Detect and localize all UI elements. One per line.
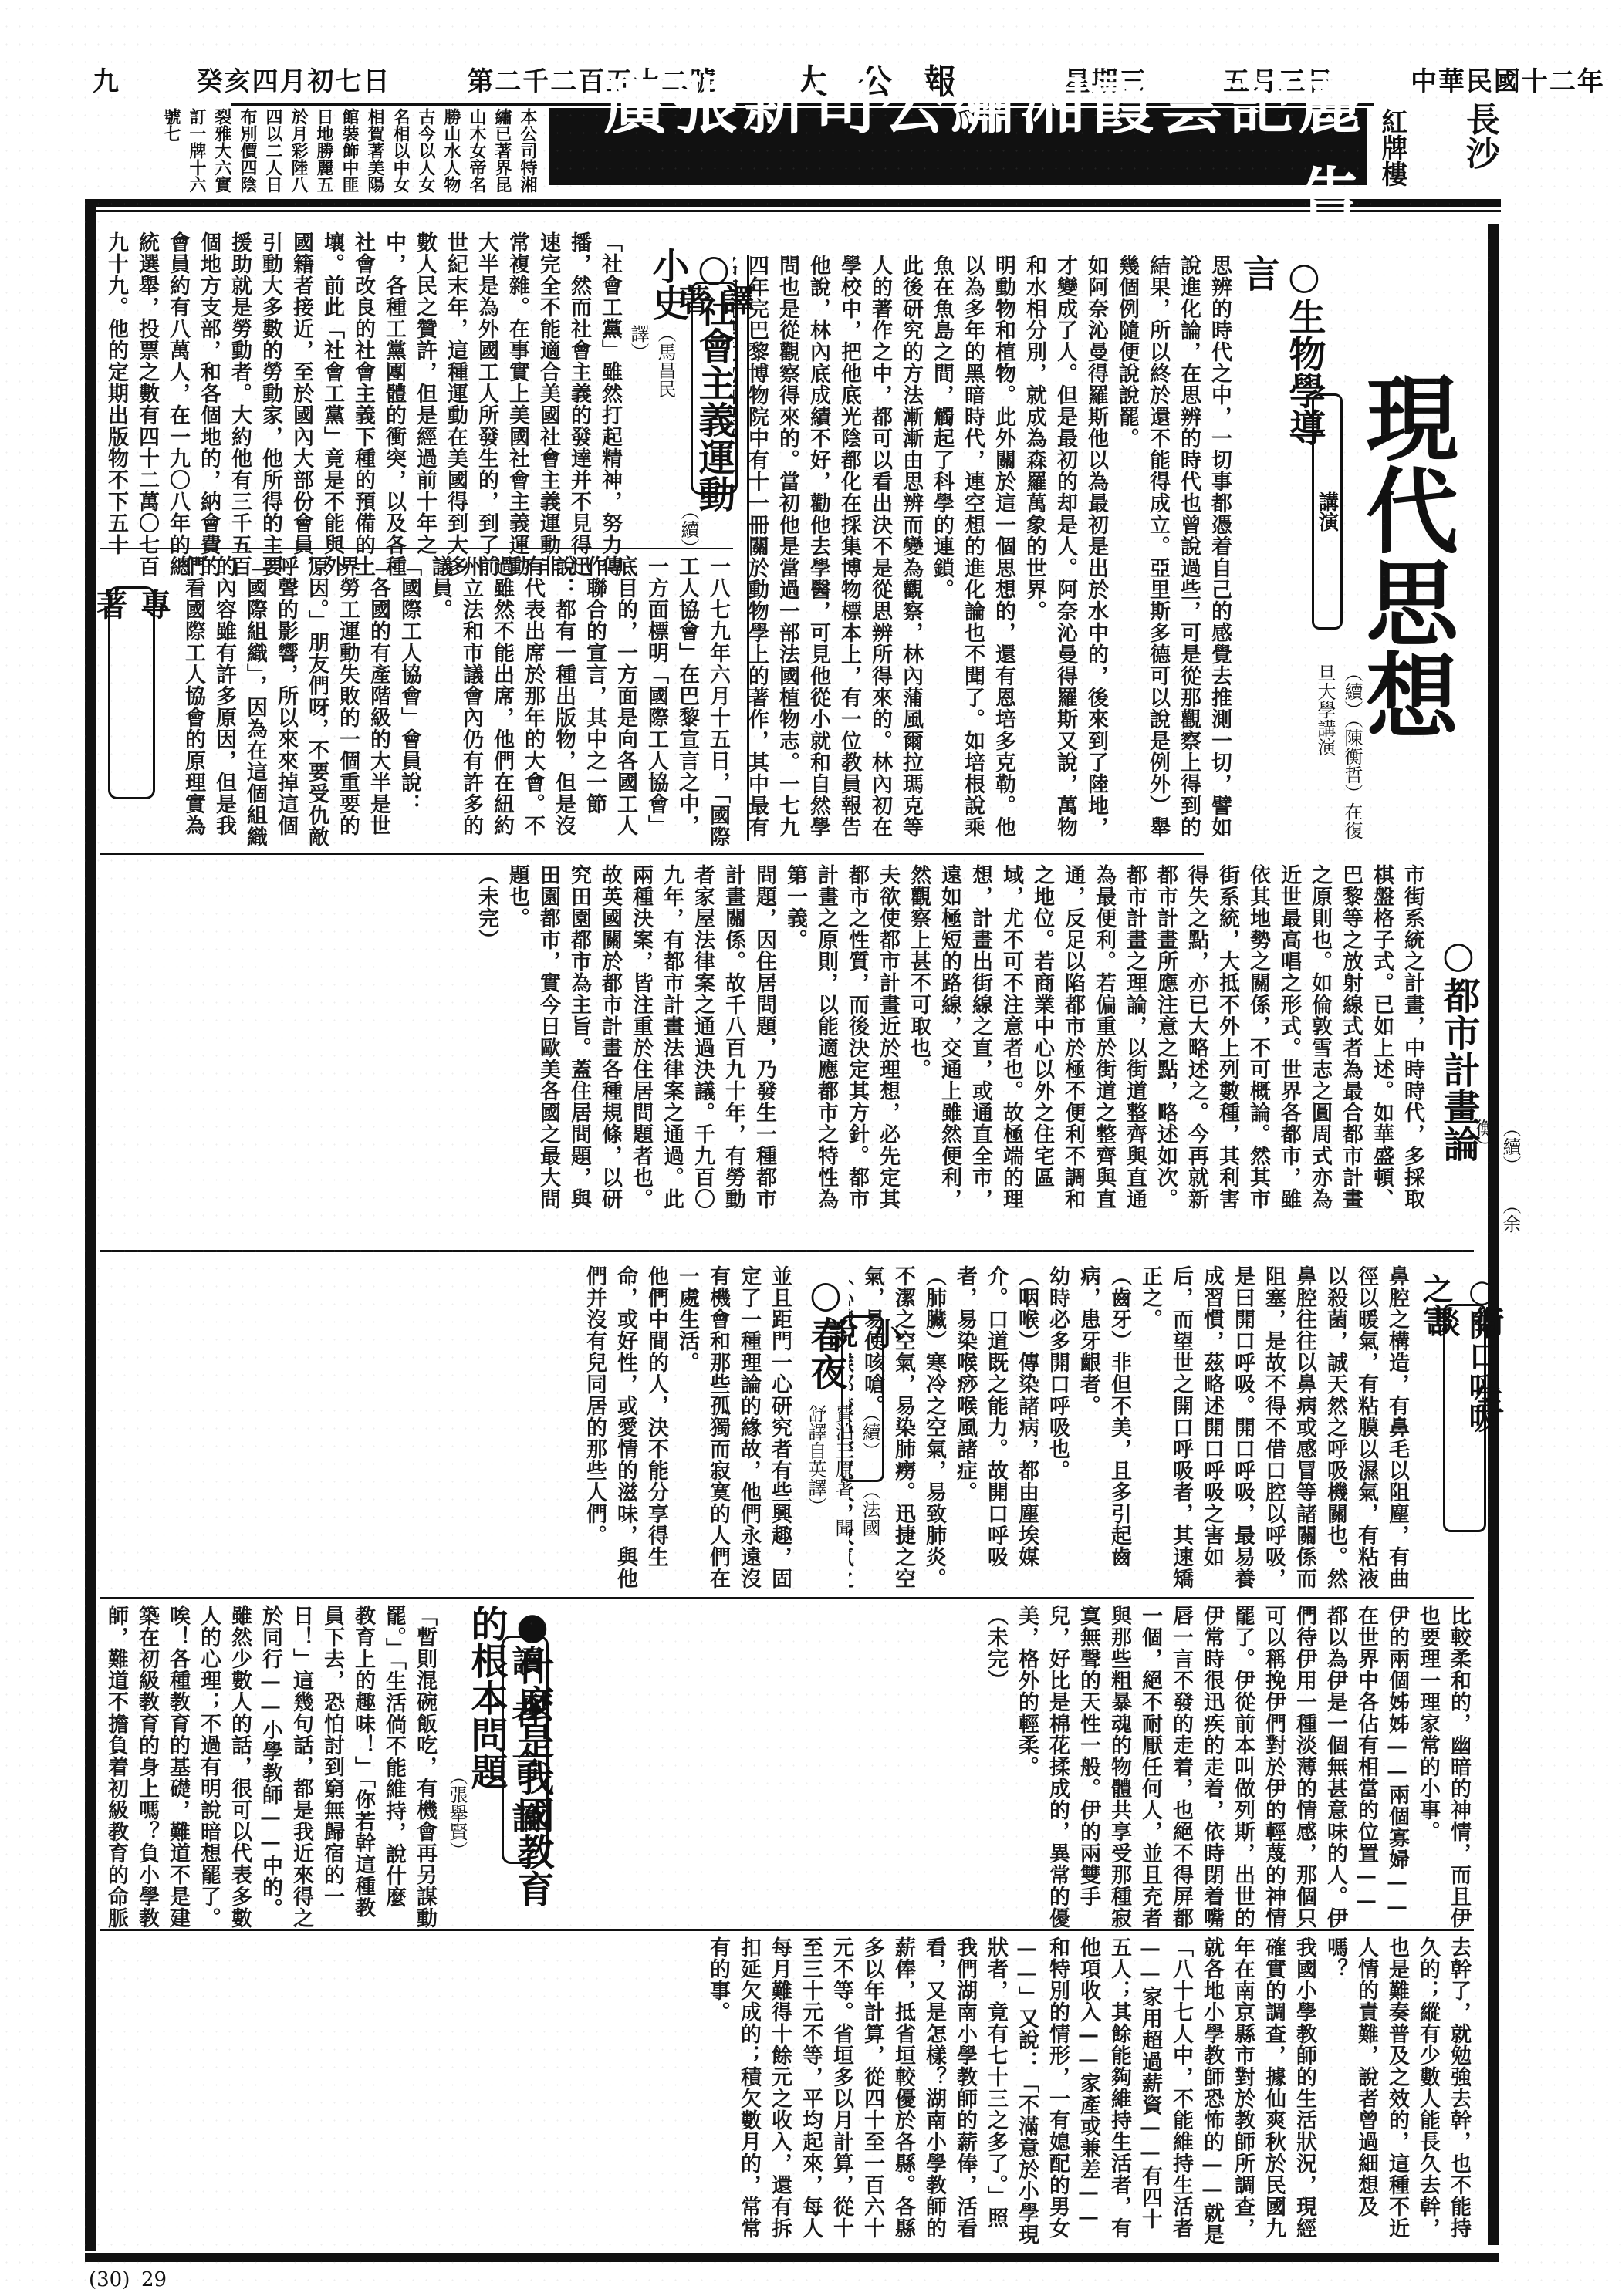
- article-byline-education: （張舉賢）: [444, 1767, 471, 1852]
- page-frame-bottom: [85, 2253, 1499, 2262]
- continued-mark: （續）: [859, 1404, 880, 1460]
- paragraph: 他們中間的人，決不能分享得生命，或好性，或愛情的滋味，與他們并沒有兒同居的那些人…: [579, 1265, 671, 1605]
- circle-bullet-icon: ○: [1437, 934, 1480, 977]
- paragraph: 思辨的時代之中，一切事都憑着自己的感覺去推測一切，譬如說進化論，在思辨的時代也曾…: [1111, 255, 1235, 849]
- paragraph: 如阿奈沁曼得羅斯他以為最初是出於水中的，後來到了陸地，才變成了人。但是最初的却是…: [1019, 255, 1111, 849]
- paragraph: 市街系統之計畫，中時時代，多採取棋盤格子式。已如上述。如華盛頓、巴黎等之放射線式…: [1150, 864, 1428, 1227]
- paragraph: 明動物和植物。此外關於這一個思想的，還有恩培多克勒。他以為多年的黑暗時代，連空想…: [926, 255, 1019, 849]
- page-frame-left: [85, 199, 96, 2251]
- paragraph: 伊的兩個姊姊——兩個寡婦——在世界中各佔有相當的位置——都以為伊是一個無甚意味的…: [1235, 1605, 1412, 1929]
- banner-ad-title: 麗記雲霞湘繡公司新張廣告: [549, 108, 1367, 185]
- article-title-spring-night: ○春夜: [803, 1273, 849, 1396]
- continued-mark: （續）: [1499, 1119, 1521, 1174]
- circle-bullet-icon: ○: [1464, 1273, 1500, 1309]
- row-divider-2: [100, 1250, 1474, 1252]
- article-byline-socialism: （馬昌民譯）: [625, 324, 679, 417]
- paragraph: 問題，因住居問題，乃發生一種都市計畫關係。故千八百九十年，有勞動者家屋法律案之通…: [502, 864, 779, 1227]
- article-title-spring-night-text: 春夜: [804, 1316, 847, 1390]
- circle-bullet-icon: ○: [804, 1273, 847, 1316]
- book-section-box: 專著: [108, 586, 155, 799]
- paragraph: 比較柔和的，幽暗的神情，而且伊也要理一理家常的小事。: [1412, 1605, 1474, 1929]
- page-number-right: 29: [141, 2268, 167, 2291]
- paragraph: 一八七九年六月十五日，「國際工人協會」在巴黎宣言之中，一方面標明「國際工人協會」…: [424, 555, 733, 849]
- horizontal-divider: [100, 548, 733, 549]
- article-body-spring-night-continued: 比較柔和的，幽暗的神情，而且伊也要理一理家常的小事。 伊的兩個姊姊——兩個寡婦—…: [1235, 1605, 1474, 1929]
- byline-text: （馬昌民譯）: [627, 324, 676, 398]
- article-body-socialism-bottom: 一八七九年六月十五日，「國際工人協會」在巴黎宣言之中，一方面標明「國際工人協會」…: [177, 555, 733, 849]
- paragraph: 「國際工人協會」會員說：「各國的有產階級的大半是世界勞工運動失敗的一個重要的原因…: [177, 555, 424, 849]
- article-body-education-bottom: 去幹了，就勉強去幹，也不能持久的；縱有少數人能長久去幹，也是難奏普及之效的，這種…: [100, 1936, 1474, 2245]
- book-section-box-label: 專著: [88, 589, 176, 797]
- paragraph: 都市計畫之理論，以街道整齊與直通為最便利。若偏重於街道之整齊與直通，反足以陷都市…: [903, 864, 1150, 1227]
- article-body-hygiene: 鼻腔之構造，有鼻毛以阻塵，有曲徑以暖氣，有粘膜以濕氣，有粘液以殺菌，誠天然之呼吸…: [849, 1265, 1412, 1605]
- masthead-date-roc: 中華民國十二年: [1411, 60, 1605, 98]
- paragraph: 去幹了，就勉強去幹，也不能持久的；縱有少數人能長久去幹，也是難奏普及之效的，這種…: [1320, 1936, 1474, 2245]
- page-number-left: (30): [89, 2268, 130, 2291]
- article-body-education-top: 「暫則混碗飯吃，有機會再另謀動罷。」「生活倘不能維持，說什麼教育上的趣味！」「你…: [100, 1605, 440, 1929]
- masthead-page: 九: [93, 60, 120, 98]
- paragraph: 伊常時很迅疾的走着，依時閉着嘴唇一言不發的走着，也絕不得屏都一個，絕不耐厭任何人…: [1011, 1605, 1227, 1929]
- article-title-hygiene: ○開口呼吸之害: [1412, 1273, 1505, 1450]
- paragraph: 夫欲使都市計畫近於理想，必先定其都市之性質，而後決定其方針。都市計畫之原則，以能…: [779, 864, 903, 1227]
- article-title-biology: ○生物學導言: [1235, 255, 1327, 471]
- row-divider-4: [100, 1929, 1474, 1931]
- byline-text: （張舉賢）: [446, 1767, 468, 1859]
- page-number-left-text: (30): [89, 2268, 130, 2291]
- section-title-modern-thought-text: 現代思想: [1350, 370, 1459, 741]
- end-mark: （未完）: [984, 1605, 1008, 1691]
- ad-details-text: 本公司特湘繡已著界昆山木女帝名勝山水人物古今以人女名相以中女相賀著美陽館裝飾中匪…: [161, 108, 538, 193]
- article-body-city-planning: 市街系統之計畫，中時時代，多採取棋盤格子式。已如上述。如華盛頓、巴黎等之放射線式…: [100, 864, 1428, 1227]
- banner-ad-title-text: 麗記雲霞湘繡公司新張廣告: [549, 53, 1367, 240]
- row-divider-3: [100, 1597, 1474, 1599]
- end-mark: （未完）: [475, 864, 498, 950]
- paragraph: 我國小學教師的生活狀況，現經確實的調查，據仙爽秋於民國九年在南京縣市對於教師所調…: [702, 1936, 1320, 2245]
- banner-ad-city-text: 長沙: [1460, 102, 1499, 170]
- paragraph: 幼時必多開口呼吸也。: [1042, 1265, 1073, 1605]
- lecture-box-label: 講演: [1313, 491, 1342, 532]
- article-body-socialism-top: 「社會工黨」雖然打起精神，努力傳播，然而社會主義的發達并不見得迅速完全不能適合美…: [100, 231, 625, 579]
- paragraph: 並且距門一心研究者有些興趣，固定了一種理論的緣故，他們永遠沒有機會和那些孤獨而寂…: [671, 1265, 795, 1605]
- banner-ad-side-label-text: 紅牌樓: [1377, 108, 1407, 187]
- paragraph: （咽喉）傳染諸病，都由塵埃媒介。口道既之能力。故開口呼吸者，易染喉痧喉風諸症。: [949, 1265, 1042, 1605]
- banner-ad-city: 長沙: [1455, 102, 1504, 170]
- filled-bullet-icon: ●: [511, 1605, 554, 1648]
- banner-ad-side-label: 紅牌樓: [1374, 108, 1411, 193]
- article-title-education-text: 什麼是我國教育的根本問題: [465, 1605, 554, 1907]
- banner-ad-details: 本公司特湘繡已著界昆山木女帝名勝山水人物古今以人女名相以中女相賀著美陽館裝飾中匪…: [100, 108, 540, 193]
- paragraph: 「暫則混碗飯吃，有機會再另謀動罷。」「生活倘不能維持，說什麼教育上的趣味！」「你…: [100, 1605, 440, 1929]
- paragraph: 此後研究的方法漸漸由思辨而變為觀察，林內蒲風爾拉瑪克等人的著作之中，都可以看出決…: [733, 255, 926, 849]
- continued-mark: （續）: [1341, 663, 1363, 719]
- circle-bullet-icon: ○: [692, 247, 735, 290]
- article-title-education: ●什麼是我國教育的根本問題: [463, 1605, 556, 1929]
- paragraph: 鼻腔之構造，有鼻毛以阻塵，有曲徑以暖氣，有粘膜以濕氣，有粘液以殺菌，誠天然之呼吸…: [1134, 1265, 1412, 1605]
- article-byline-biology: （續）（陳衡哲）在復旦大學講演: [1312, 663, 1366, 841]
- row-divider-1: [100, 853, 1204, 855]
- article-body-biology: 思辨的時代之中，一切事都憑着自己的感覺去推測一切，譬如說進化論，在思辨的時代也曾…: [733, 255, 1235, 849]
- masthead-lunar-date: 癸亥四月初七日: [197, 60, 391, 98]
- paragraph: 「社會工黨」雖然打起精神，努力傳播，然而社會主義的發達并不見得迅速完全不能適合美…: [100, 231, 625, 579]
- article-body-spring-night: 並且距門一心研究者有些興趣，固定了一種理論的緣故，他們永遠沒有機會和那些孤獨而寂…: [100, 1265, 795, 1605]
- circle-bullet-icon: ○: [1282, 255, 1326, 298]
- article-byline-spring-night: （續） （法國費泊三原著 聞舒譯自英譯）: [803, 1404, 884, 1543]
- paragraph: （齒牙）非但不美，且多引起齒病，患牙齦者。: [1073, 1265, 1134, 1605]
- article-byline-city-planning: （續） （余衡）: [1470, 1119, 1524, 1242]
- article-body-spring-night-end: 伊常時很迅疾的走着，依時閉着嘴唇一言不發的走着，也絕不得屏都一個，絕不耐厭任何人…: [586, 1605, 1227, 1929]
- page-number-right-text: 29: [141, 2268, 167, 2291]
